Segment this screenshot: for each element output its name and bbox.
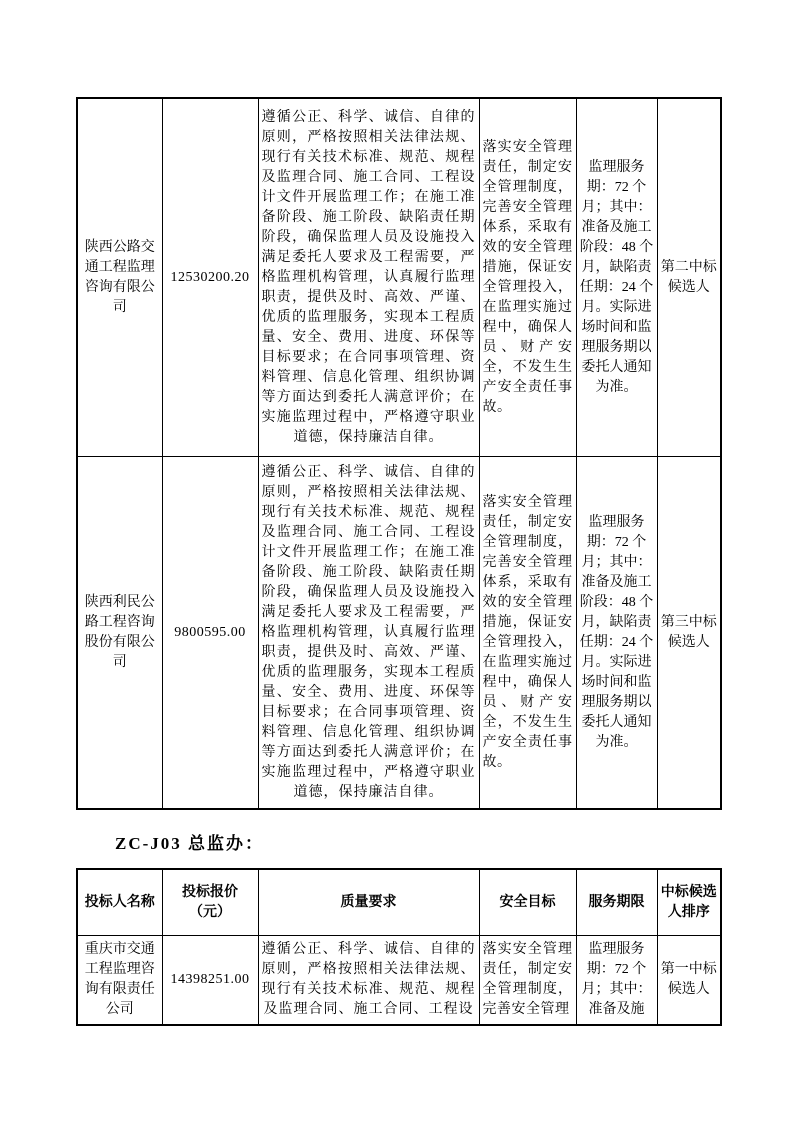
safety-goal-cell: 落实安全管理责任，制定安全管理制度，完善安全管理体系，采取有效的安全管理措施，保… — [479, 98, 576, 457]
header-bidder-name: 投标人名称 — [77, 869, 162, 936]
rank-cell: 第一中标候选人 — [657, 936, 721, 1026]
bid-price-cell: 9800595.00 — [162, 457, 258, 810]
safety-goal-cell: 落实安全管理责任，制定安全管理制度，完善安全管理体系，采取有效的安全管理措施，保… — [479, 457, 576, 810]
section-heading: ZC-J03 总监办： — [115, 833, 720, 855]
table-header-row: 投标人名称 投标报价 （元） 质量要求 安全目标 服务期限 中标候选人排序 — [77, 869, 721, 936]
bid-price-cell: 14398251.00 — [162, 936, 258, 1026]
service-period-cell: 监理服务期：72 个月；其中：准备及施 — [576, 936, 657, 1026]
header-rank: 中标候选人排序 — [657, 869, 721, 936]
safety-goal-cell: 落实安全管理责任，制定安全管理制度，完善安全管理 — [479, 936, 576, 1026]
quality-requirement-cell: 遵循公正、科学、诚信、自律的原则，严格按照相关法律法规、现行有关技术标准、规范、… — [258, 936, 479, 1026]
service-period-text: 监理服务期：72 个月；其中：准备及施 — [580, 940, 654, 1020]
header-quality: 质量要求 — [258, 869, 479, 936]
rank-text: 第一中标候选人 — [661, 960, 718, 1000]
table-row: 陕西利民公路工程咨询股份有限公司 9800595.00 遵循公正、科学、诚信、自… — [77, 457, 721, 810]
quality-requirement-cell: 遵循公正、科学、诚信、自律的原则，严格按照相关法律法规、现行有关技术标准、规范、… — [258, 457, 479, 810]
rank-cell: 第三中标候选人 — [657, 457, 721, 810]
service-period-cell: 监理服务期：72 个月；其中：准备及施工阶段：48 个月，缺陷责任期：24 个月… — [576, 98, 657, 457]
bid-price-cell: 12530200.20 — [162, 98, 258, 457]
rank-cell: 第二中标候选人 — [657, 98, 721, 457]
header-service: 服务期限 — [576, 869, 657, 936]
bidder-name-cell: 陕西公路交通工程监理咨询有限公司 — [77, 98, 162, 457]
document-page: 陕西公路交通工程监理咨询有限公司 12530200.20 遵循公正、科学、诚信、… — [0, 0, 793, 1122]
bidder-name-cell: 重庆市交通工程监理咨询有限责任公司 — [77, 936, 162, 1026]
header-safety: 安全目标 — [479, 869, 576, 936]
bid-price-text: 14398251.00 — [166, 970, 255, 990]
bidder-name-text: 重庆市交通工程监理咨询有限责任公司 — [81, 940, 159, 1020]
quality-requirement-text: 遵循公正、科学、诚信、自律的原则，严格按照相关法律法规、现行有关技术标准、规范、… — [262, 940, 476, 1020]
header-bid-price: 投标报价 （元） — [162, 869, 258, 936]
bid-evaluation-table-continued: 陕西公路交通工程监理咨询有限公司 12530200.20 遵循公正、科学、诚信、… — [76, 97, 722, 810]
bid-evaluation-table-zcj03: 投标人名称 投标报价 （元） 质量要求 安全目标 服务期限 中标候选人排序 重庆… — [76, 868, 722, 1026]
bidder-name-cell: 陕西利民公路工程咨询股份有限公司 — [77, 457, 162, 810]
quality-requirement-cell: 遵循公正、科学、诚信、自律的原则，严格按照相关法律法规、现行有关技术标准、规范、… — [258, 98, 479, 457]
table-row: 陕西公路交通工程监理咨询有限公司 12530200.20 遵循公正、科学、诚信、… — [77, 98, 721, 457]
service-period-cell: 监理服务期：72 个月；其中：准备及施工阶段：48 个月，缺陷责任期：24 个月… — [576, 457, 657, 810]
safety-goal-text: 落实安全管理责任，制定安全管理制度，完善安全管理 — [483, 940, 573, 1020]
table-row: 重庆市交通工程监理咨询有限责任公司 14398251.00 遵循公正、科学、诚信… — [77, 936, 721, 1026]
